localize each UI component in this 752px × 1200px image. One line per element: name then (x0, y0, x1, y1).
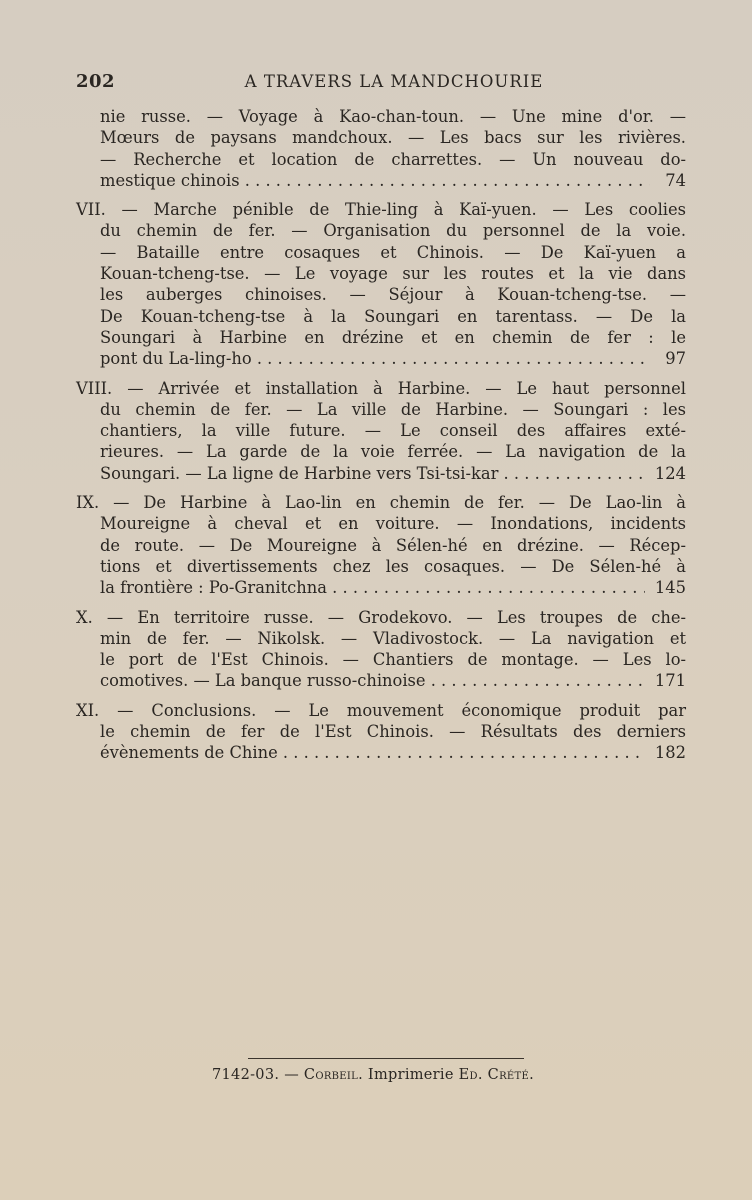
toc-last-line-text: mestique chinois (100, 170, 650, 191)
toc-line: les auberges chinoises. — Séjour à Kouan… (76, 284, 686, 305)
toc-last-line-text: Soungari. — La ligne de Harbine vers Tsi… (100, 463, 645, 484)
toc-entry-chapter-7: VII. — Marche pénible de Thie-ling à Kaï… (76, 199, 686, 369)
toc-last-line[interactable]: Soungari. — La ligne de Harbine vers Tsi… (76, 463, 686, 484)
toc-line: du chemin de fer. — Organisation du pers… (76, 220, 686, 241)
book-page: 202 A TRAVERS LA MANDCHOURIE nie russe. … (0, 0, 752, 1200)
toc-line: Soungari à Harbine en drézine et en chem… (76, 327, 686, 348)
toc-last-line[interactable]: mestique chinois 74 (76, 170, 686, 191)
toc-page-number[interactable]: 124 (645, 463, 686, 484)
toc-entry-chapter-10: X. — En territoire russe. — Grodekovo. —… (76, 607, 686, 692)
toc-last-line[interactable]: comotives. — La banque russo-chinoise 17… (76, 670, 686, 691)
running-head: 202 A TRAVERS LA MANDCHOURIE (76, 71, 688, 95)
toc-last-line[interactable]: pont du La-ling-ho 97 (76, 348, 686, 369)
toc-line: X. — En territoire russe. — Grodekovo. —… (76, 607, 686, 628)
toc-line: Moureigne à cheval et en voiture. — Inon… (76, 513, 686, 534)
toc-line: le port de l'Est Chinois. — Chantiers de… (76, 649, 686, 670)
toc-line: tions et divertissements chez les cosaqu… (76, 556, 686, 577)
toc-line: le chemin de fer de l'Est Chinois. — Rés… (76, 721, 686, 742)
toc-line: VIII. — Arrivée et installation à Harbin… (76, 378, 686, 399)
toc-page-number[interactable]: 145 (645, 577, 686, 598)
toc-last-line[interactable]: la frontière : Po-Granitchna 145 (76, 577, 686, 598)
toc-last-line-text: comotives. — La banque russo-chinoise (100, 670, 645, 691)
toc-page-number[interactable]: 74 (650, 170, 686, 191)
toc-entry-chapter-8: VIII. — Arrivée et installation à Harbin… (76, 378, 686, 484)
toc-page-number[interactable]: 171 (645, 670, 686, 691)
toc-line: min de fer. — Nikolsk. — Vladivostock. —… (76, 628, 686, 649)
toc-last-line-text: la frontière : Po-Granitchna (100, 577, 645, 598)
toc-line: XI. — Conclusions. — Le mouvement économ… (76, 700, 686, 721)
toc-entry: nie russe. — Voyage à Kao-chan-toun. — U… (76, 106, 686, 191)
toc-last-line[interactable]: évènements de Chine 182 (76, 742, 686, 763)
toc-line: — Bataille entre cosaques et Chinois. — … (76, 242, 686, 263)
toc-line: rieures. — La garde de la voie ferrée. —… (76, 441, 686, 462)
toc-line: chantiers, la ville future. — Le conseil… (76, 420, 686, 441)
toc-line: IX. — De Harbine à Lao-lin en chemin de … (76, 492, 686, 513)
toc-last-line-text: pont du La-ling-ho (100, 348, 650, 369)
imprint-divider (248, 1058, 524, 1059)
toc-entry-chapter-9: IX. — De Harbine à Lao-lin en chemin de … (76, 492, 686, 598)
toc-line: Kouan-tcheng-tse. — Le voyage sur les ro… (76, 263, 686, 284)
imprint-printer: Imprimerie (368, 1067, 454, 1083)
imprint-dash: — (284, 1067, 299, 1083)
printer-imprint: 7142-03. — Corbeil. Imprimerie Ed. Crété… (212, 1067, 572, 1083)
book-title: A TRAVERS LA MANDCHOURIE (76, 72, 688, 91)
toc-line: de route. — De Moureigne à Sélen-hé en d… (76, 535, 686, 556)
toc-line: De Kouan-tcheng-tse à la Soungari en tar… (76, 306, 686, 327)
toc-line: nie russe. — Voyage à Kao-chan-toun. — U… (76, 106, 686, 127)
toc-last-line-text: évènements de Chine (100, 742, 645, 763)
imprint-job-number: 7142-03. (212, 1067, 279, 1083)
imprint-printer-name: Ed. Crété. (459, 1067, 534, 1083)
toc-page-number[interactable]: 97 (650, 348, 686, 369)
toc-entry-chapter-11: XI. — Conclusions. — Le mouvement économ… (76, 700, 686, 764)
toc-line: — Recherche et location de charrettes. —… (76, 149, 686, 170)
toc-page-number[interactable]: 182 (645, 742, 686, 763)
toc-line: VII. — Marche pénible de Thie-ling à Kaï… (76, 199, 686, 220)
table-of-contents: nie russe. — Voyage à Kao-chan-toun. — U… (76, 106, 686, 772)
imprint-city: Corbeil. (304, 1067, 363, 1083)
toc-line: du chemin de fer. — La ville de Harbine.… (76, 399, 686, 420)
toc-line: Mœurs de paysans mandchoux. — Les bacs s… (76, 127, 686, 148)
